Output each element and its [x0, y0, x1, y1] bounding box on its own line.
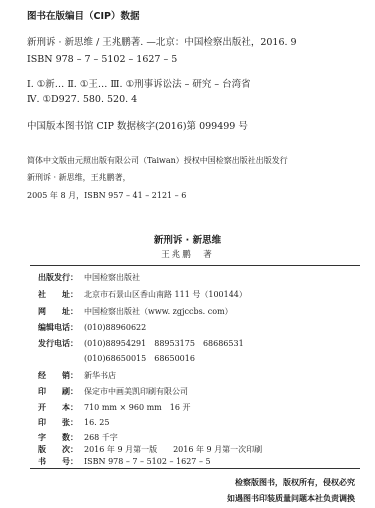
colophon-value: 北京市石景山区香山南路 111 号（100144）: [84, 290, 247, 299]
colophon-value: (010)68650015 68650016: [84, 354, 195, 363]
license-original-title: 新刑诉 · 新思维，王兆鹏著，: [27, 172, 131, 183]
license-original-isbn: 2005 年 8 月，ISBN 957 – 41 – 2121 – 6: [27, 190, 186, 201]
colophon-label: 网 址：: [38, 306, 84, 317]
colophon-label: 社 址：: [38, 289, 84, 300]
cip-verify-number: 中国版本图书馆 CIP 数据核字(2016)第 099499 号: [27, 118, 248, 132]
colophon-editorial-phone: 编辑电话：(010)88960622: [38, 322, 146, 333]
colophon-publisher: 出版发行：中国检察出版社: [38, 272, 140, 283]
colophon-value: 2016 年 9 月第一版 2016 年 9 月第一次印刷: [84, 445, 262, 454]
cip-line-subjects: Ⅰ. ①新… Ⅱ. ①王… Ⅲ. ①刑事诉讼法 – 研究 – 台湾省: [27, 76, 251, 90]
copyright-notice: 检察版图书，版权所有，侵权必究: [235, 477, 355, 488]
colophon-value: 新华书店: [84, 371, 116, 380]
book-author: 王兆鹏 著: [0, 248, 375, 260]
divider-top: [30, 265, 360, 266]
cip-line-classification: Ⅳ. ①D927. 580. 520. 4: [27, 94, 137, 105]
colophon-label: 开 本：: [38, 402, 84, 413]
colophon-word-count: 字 数：268 千字: [38, 432, 118, 443]
cip-heading: 图书在版编目（CIP）数据: [27, 8, 139, 22]
colophon-label: 印 刷：: [38, 386, 84, 397]
colophon-value: ISBN 978 – 7 – 5102 – 1627 – 5: [84, 457, 211, 466]
colophon-value: (010)88960622: [84, 323, 146, 332]
colophon-distribution-phone: 发行电话：(010)88954291 88953175 68686531: [38, 338, 244, 349]
colophon-value: 中国检察出版社: [84, 273, 140, 282]
colophon-website: 网 址：中国检察出版社（www. zgjccbs. com）: [38, 306, 233, 317]
colophon-distribution-phone-2: (010)68650015 68650016: [38, 353, 195, 364]
colophon-label: 编辑电话：: [38, 322, 84, 333]
colophon-address: 社 址：北京市石景山区香山南路 111 号（100144）: [38, 289, 247, 300]
colophon-label: 出版发行：: [38, 272, 84, 283]
colophon-value: 710 mm × 960 mm 16 开: [84, 403, 190, 412]
colophon-sheets: 印 张：16. 25: [38, 417, 109, 428]
license-statement: 简体中文版由元照出版有限公司（Taiwan）授权中国检察出版社出版发行: [27, 155, 288, 166]
colophon-label: 字 数：: [38, 432, 84, 443]
colophon-label: 印 张：: [38, 417, 84, 428]
colophon-label: 版 次：: [38, 444, 84, 455]
divider-bottom: [30, 468, 360, 469]
colophon-label: 书 号：: [38, 456, 84, 467]
colophon-printer: 印 刷：保定市中画美凯印刷有限公司: [38, 386, 188, 397]
book-title: 新刑诉 · 新思维: [0, 232, 375, 246]
colophon-distributor: 经 销：新华书店: [38, 370, 116, 381]
cip-line-isbn: ISBN 978 – 7 – 5102 – 1627 – 5: [27, 54, 177, 65]
colophon-value: 16. 25: [84, 418, 109, 427]
colophon-value: 268 千字: [84, 433, 118, 442]
colophon-label: 经 销：: [38, 370, 84, 381]
colophon-value: (010)88954291 88953175 68686531: [84, 339, 244, 348]
colophon-value: 中国检察出版社（www. zgjccbs. com）: [84, 307, 233, 316]
colophon-edition: 版 次：2016 年 9 月第一版 2016 年 9 月第一次印刷: [38, 444, 262, 455]
colophon-format: 开 本：710 mm × 960 mm 16 开: [38, 402, 190, 413]
colophon-label: 发行电话：: [38, 338, 84, 349]
quality-notice: 如遇图书印装质量问题本社负责调换: [227, 493, 355, 504]
colophon-isbn: 书 号：ISBN 978 – 7 – 5102 – 1627 – 5: [38, 456, 211, 467]
cip-line-title: 新刑诉 · 新思维 / 王兆鹏著. —北京：中国检察出版社，2016. 9: [27, 34, 297, 48]
colophon-value: 保定市中画美凯印刷有限公司: [84, 387, 188, 396]
